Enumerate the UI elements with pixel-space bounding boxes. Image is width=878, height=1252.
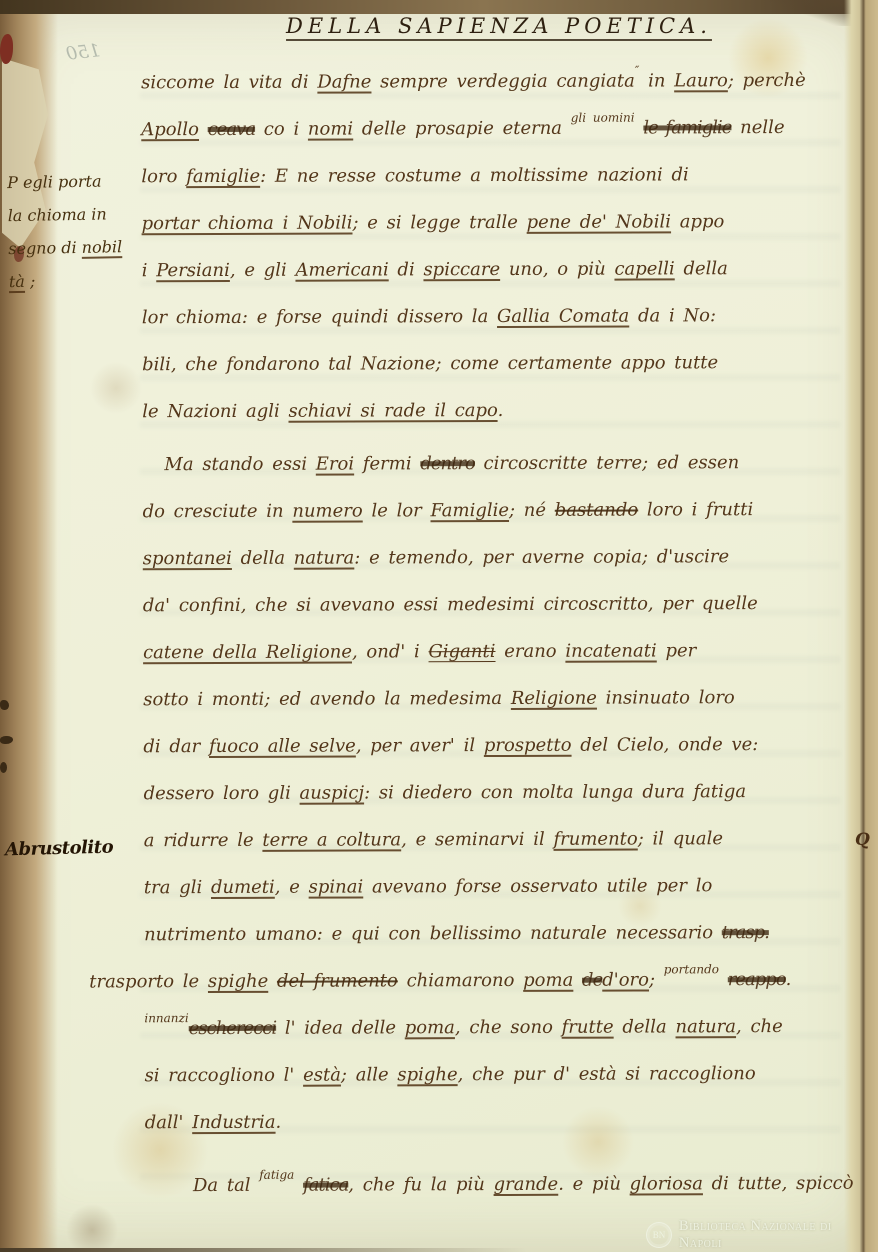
text-segment: famiglie [186,166,260,187]
manuscript-line: trasporto le spighe del frumento chiamar… [89,956,860,1006]
text-segment: nelle [731,117,784,138]
text-segment: del frumento [277,970,398,991]
text-segment: , che fu la più [348,1174,493,1196]
text-segment: de [582,970,602,991]
manuscript-line: Ma stando essi Eroi fermi dentro circosc… [164,439,858,488]
manuscript-line: i Persiani, e gli Americani di spiccare … [142,245,858,294]
text-segment: loro [141,166,186,187]
manuscript-line: sotto i monti; ed avendo la medesima Rel… [143,674,859,723]
text-segment: ; il quale [638,828,723,849]
text-segment: . [275,1112,281,1133]
text-segment: Religione [511,688,597,709]
manuscript-line: do cresciute in numero le lor Famiglie; … [142,486,858,535]
text-segment: bili, che fondarono tal Nazione; come ce… [142,352,718,375]
text-segment: spighe [397,1064,457,1085]
text-segment: dall' [145,1112,193,1133]
text-segment [573,970,582,991]
text-segment: di [389,259,424,280]
manuscript-text-block: siccome la vita di Dafne sempre verdeggi… [141,57,861,1209]
manuscript-line: catene della Religione, ond' i Giganti e… [143,627,859,676]
text-segment: chiamarono [398,970,523,991]
manuscript-line: bili, che fondarono tal Nazione; come ce… [142,339,858,388]
text-segment: . e più [558,1174,629,1195]
text-segment [268,971,277,992]
text-segment: està [303,1065,341,1086]
library-watermark: BN Biblioteca Nazionale di Napoli [646,1218,878,1252]
text-segment: . [498,400,504,421]
text-segment: tra gli [144,877,211,898]
text-segment: Giganti [428,641,495,662]
text-segment: ″ [635,64,640,78]
text-segment: , e gli [230,260,296,281]
text-segment: : si diedero con molta lunga dura fatiga [364,781,746,803]
manuscript-line: siccome la vita di Dafne sempre verdeggi… [141,57,857,106]
text-segment: insinuato loro [597,687,735,708]
text-segment: do cresciute in [143,501,293,523]
library-watermark-label: Biblioteca Nazionale di Napoli [679,1218,878,1252]
margin-note-line: segno di nobil [8,230,143,265]
text-segment: i [142,260,157,281]
text-segment: co i [255,119,308,140]
margin-note-chioma: P egli portala chioma insegno di nobiltà… [7,164,143,298]
text-segment: escherecci [189,1018,276,1039]
text-segment: , che pur d' està si raccogliono [458,1063,756,1085]
text-segment: spiccare [423,259,500,280]
text-segment: ; e si legge tralle [352,212,526,234]
text-segment: erano [495,641,565,662]
text-segment: le famiglie [643,117,731,138]
text-segment: tà [9,272,25,291]
text-segment: innanzi [144,1011,188,1025]
text-segment: Industria [192,1112,275,1133]
text-segment: dessero loro gli [144,783,300,805]
text-segment: portando [664,962,719,976]
text-segment: frumento [553,829,637,850]
text-segment: Eroi [316,454,354,475]
manuscript-line: a ridurre le terre a coltura, e seminarv… [144,815,860,864]
text-segment: grande [494,1174,559,1195]
text-segment: segno di [8,238,82,258]
text-segment: auspicj [300,782,365,803]
text-segment: uno, o più [500,259,614,280]
text-segment: : E ne resse costume a moltissime nazion… [260,164,689,186]
paragraph: Da tal fatiga fatica, che fu la più gran… [145,1160,861,1209]
manuscript-line: le Nazioni agli schiavi si rade il capo. [142,386,858,435]
text-segment: , e seminarvi il [401,829,553,851]
text-segment: Dafne [317,71,371,92]
text-segment: circoscritte terre; ed essen [475,452,739,474]
text-segment: trasporto le [89,971,208,992]
manuscript-line: si raccogliono l' està; alle spighe, che… [144,1050,860,1099]
edge-ink-fragment [0,700,9,710]
page-title: DELLA SAPIENZA POETICA. [143,14,855,38]
text-segment: Da tal [193,1175,259,1196]
paragraph: Ma stando essi Eroi fermi dentro circosc… [142,439,860,1146]
text-segment: Famiglie [430,500,509,521]
text-segment: le Nazioni agli [142,401,288,423]
text-segment: reappo [728,969,786,990]
manuscript-line: dall' Industria. [145,1097,861,1146]
text-segment: numero [292,500,362,521]
ghost-folio-number: 150 [65,40,101,64]
text-segment: di tutte, spiccò [703,1173,854,1195]
text-segment: della [232,548,294,569]
text-segment: del Cielo, onde ve: [571,734,758,756]
text-segment: terre a coltura [262,829,401,850]
manuscript-line: innanziescherecci l' idea delle poma, ch… [144,1003,860,1052]
paragraph: siccome la vita di Dafne sempre verdeggi… [141,57,858,435]
text-segment [635,117,644,138]
text-segment: fermi [354,453,420,474]
bottom-page-edge [0,1248,527,1252]
text-segment: nobil [82,237,123,257]
text-segment: Lauro [674,70,728,91]
text-segment: della [614,1016,676,1037]
text-segment: nutrimento umano: e qui con bellissimo n… [144,922,722,945]
text-segment [719,969,728,990]
manuscript-line: da' confini, che si avevano essi medesim… [143,580,859,629]
text-segment: incatenati [565,640,656,661]
text-segment: avevano forse osservato utile per lo [363,875,712,897]
text-segment: pene de' Nobili [527,211,671,233]
library-logo-icon: BN [646,1222,672,1248]
top-page-edge [0,0,878,14]
text-segment: l' idea delle [276,1017,405,1038]
text-segment: : e temendo, per averne copia; d'uscire [354,546,729,568]
text-segment: capelli [614,258,674,279]
text-segment: Persiani [156,260,230,281]
edge-ink-fragment [0,762,7,773]
text-segment: natura [294,548,355,569]
text-segment: in [639,70,674,91]
manuscript-line: dessero loro gli auspicj: si diedero con… [143,768,859,817]
manuscript-line: tra gli dumeti, e spinai avevano forse o… [144,862,860,911]
text-segment: , che sono [455,1017,562,1038]
text-segment: bastando [555,500,638,521]
manuscript-line: portar chioma i Nobili; e si legge trall… [141,198,857,247]
text-segment: appo [671,211,724,232]
text-segment: loro i frutti [638,499,753,520]
text-segment: dentro [420,453,475,474]
text-segment: siccome la vita di [141,72,317,94]
text-segment: da i No: [629,305,716,326]
text-segment: Gallia Comata [497,306,629,327]
text-segment: sempre verdeggia cangiata [371,71,634,93]
text-segment: natura [675,1016,736,1037]
text-segment: da' confini, che si avevano essi medesim… [143,593,758,616]
text-segment: dumeti [211,877,275,898]
margin-note-line: P egli porta [7,164,142,199]
text-segment [294,1175,303,1196]
text-segment: P egli porta [7,172,102,193]
text-segment: ; perchè [728,70,806,91]
text-segment: poma [405,1017,455,1038]
text-segment: Ma stando essi [164,454,315,476]
text-segment: fatica [303,1175,348,1196]
text-segment: delle prosapie eterna [353,118,571,140]
text-segment: sotto i monti; ed avendo la medesima [143,688,511,710]
text-segment: frutte [562,1017,614,1038]
text-segment: spighe [208,971,268,992]
text-segment: ; [25,272,36,291]
text-segment: gli uomini [571,111,635,125]
manuscript-line: di dar fuoco alle selve, per aver' il pr… [143,721,859,770]
text-segment: la chioma in [8,204,107,225]
text-segment: schiavi si rade il capo [288,400,497,422]
manuscript-line: loro famiglie: E ne resse costume a molt… [141,151,857,200]
text-segment: fatiga [259,1168,294,1182]
text-segment: a ridurre le [144,830,263,851]
text-segment: , che [736,1016,783,1037]
text-segment: poma [523,970,573,991]
text-segment: le lor [363,500,431,521]
text-segment: prospetto [484,735,572,756]
text-segment: fuoco alle selve [209,736,356,758]
text-segment: ceava [208,119,255,140]
text-segment: spinai [309,876,364,897]
text-segment: Apollo [141,119,199,140]
text-segment: , e [275,877,309,898]
text-segment: lor chioma: e forse quindi dissero la [142,306,497,328]
manuscript-line: Apollo ceava co i nomi delle prosapie et… [141,104,857,153]
text-segment: . [786,969,792,990]
text-segment: , per aver' il [356,735,484,756]
text-segment: ; alle [341,1064,397,1085]
text-segment: nomi [308,119,353,140]
manuscript-page: 150 DELLA SAPIENZA POETICA. siccome la v… [0,0,878,1252]
margin-note-line: tà ; [9,263,144,298]
text-segment: spontanei [143,548,232,569]
text-segment: gloriosa [630,1173,703,1194]
text-segment: d'oro [602,969,649,990]
text-segment: , ond' i [352,641,429,662]
manuscript-line: spontanei della natura: e temendo, per a… [143,533,859,582]
text-segment: catene della Religione [143,642,352,664]
text-segment: trasp. [722,922,769,943]
text-segment: di dar [143,736,209,757]
text-segment: portar chioma i Nobili [142,213,353,235]
text-segment: ; né [509,500,555,521]
manuscript-line: nutrimento umano: e qui con bellissimo n… [144,909,860,958]
text-segment: Americani [295,259,388,280]
right-margin-mark: Q [855,830,870,850]
manuscript-line: Da tal fatiga fatica, che fu la più gran… [193,1160,861,1209]
margin-note-line: la chioma in [7,197,142,232]
text-segment: per [657,640,697,661]
text-segment: si raccogliono l' [145,1065,304,1087]
text-segment: ; [649,969,664,990]
manuscript-line: lor chioma: e forse quindi dissero la Ga… [142,292,858,341]
margin-note-abrustolito: Abrustolito [5,837,114,861]
text-segment: della [675,258,728,279]
